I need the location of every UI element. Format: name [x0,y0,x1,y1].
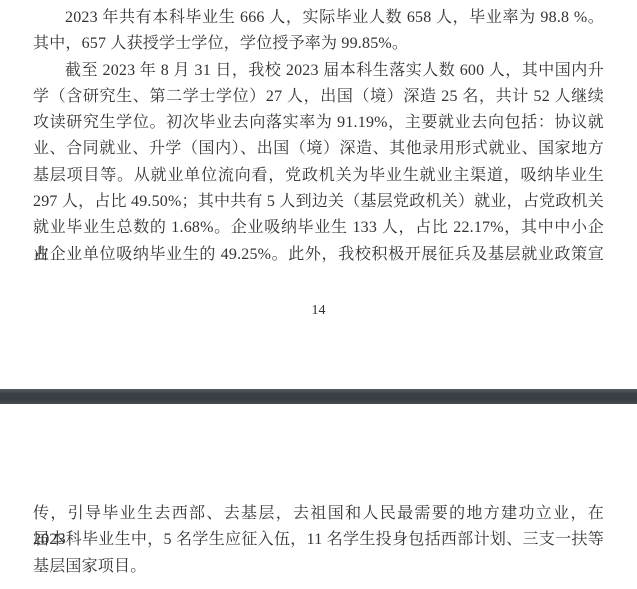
text-line: 业、合同就业、升学（国内）、出国（境）深造、其他录用形式就业、国家地方 [33,136,604,162]
page-separator [0,389,637,404]
text-line: 其中，657 人获授学士学位，学位授予率为 99.85%。 [33,31,604,57]
document-page-2: 传，引导毕业生去西部、去基层，去祖国和人民最需要的地方建功立业，在 2023 届… [33,501,604,580]
text-line: 截至 2023 年 8 月 31 日，我校 2023 届本科生落实人数 600 … [33,58,604,84]
text-line: 学（含研究生、第二学士学位）27 人，出国（境）深造 25 名，共计 52 人继… [33,84,604,110]
text-line: 传，引导毕业生去西部、去基层，去祖国和人民最需要的地方建功立业，在 2023 [33,501,604,527]
text-line: 攻读研究生学位。初次毕业去向落实率为 91.19%，主要就业去向包括：协议就 [33,110,604,136]
text-line: 2023 年共有本科毕业生 666 人，实际毕业人数 658 人，毕业率为 98… [33,5,604,31]
pdf-document-view: 2023 年共有本科毕业生 666 人，实际毕业人数 658 人，毕业率为 98… [0,0,637,589]
page-number: 14 [0,303,637,319]
text-line: 297 人，占比 49.50%；其中共有 5 人到边关（基层党政机关）就业，占党… [33,189,604,215]
text-line: 基层项目等。从就业单位流向看，党政机关为毕业生就业主渠道，吸纳毕业生 [33,163,604,189]
text-line: 基层国家项目。 [33,554,604,580]
text-line: 就业毕业生总数的 1.68%。企业吸纳毕业生 133 人，占比 22.17%，其… [33,215,604,241]
text-line: 占企业单位吸纳毕业生的 49.25%。此外，我校积极开展征兵及基层就业政策宣 [33,242,604,268]
text-line: 届本科毕业生中，5 名学生应征入伍，11 名学生投身包括西部计划、三支一扶等 [33,527,604,553]
document-page-1: 2023 年共有本科毕业生 666 人，实际毕业人数 658 人，毕业率为 98… [33,5,604,268]
